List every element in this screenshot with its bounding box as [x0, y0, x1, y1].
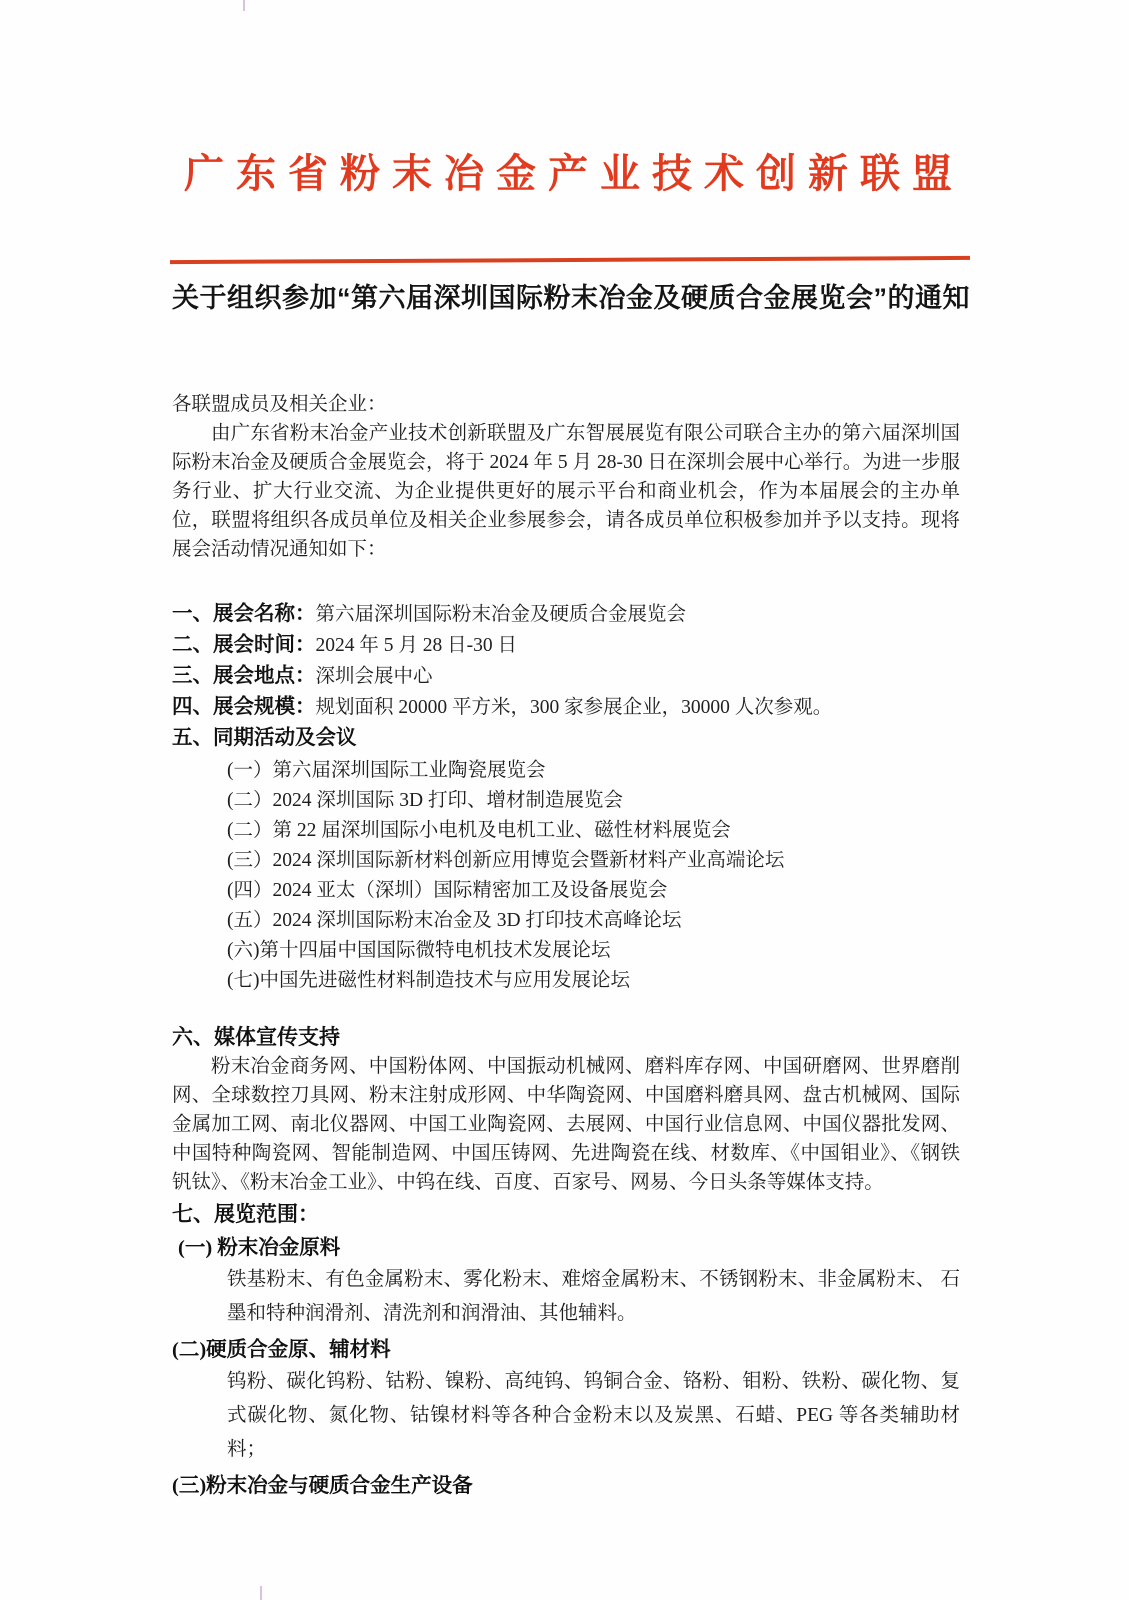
- event-item: (六)第十四届中国国际微特电机技术发展论坛: [227, 936, 960, 966]
- event-item: (四）2024 亚太（深圳）国际精密加工及设备展览会: [227, 876, 960, 906]
- event-item: (五）2024 深圳国际粉末冶金及 3D 打印技术高峰论坛: [227, 906, 960, 936]
- media-section-body: 粉末冶金商务网、中国粉体网、中国振动机械网、磨料库存网、中国研磨网、世界磨削网、…: [172, 1052, 960, 1197]
- header-rule: [170, 256, 970, 264]
- event-item: (二）2024 深圳国际 3D 打印、增材制造展览会: [227, 786, 960, 816]
- scope-section-heading: 七、展览范围：: [172, 1199, 960, 1229]
- info-list: 一、展会名称：第六届深圳国际粉末冶金及硬质合金展览会 二、展会时间：2024 年…: [172, 599, 960, 754]
- event-item: (七)中国先进磁性材料制造技术与应用发展论坛: [227, 966, 960, 996]
- info-item-label: 四、展会规模：: [172, 696, 316, 718]
- event-item: (一）第六届深圳国际工业陶瓷展览会: [227, 756, 960, 786]
- scope-group-label: (二)硬质合金原、辅材料: [172, 1335, 960, 1365]
- media-section-heading: 六、媒体宣传支持: [172, 1022, 960, 1052]
- info-item-concurrent: 五、同期活动及会议: [172, 723, 960, 754]
- intro-paragraph: 由广东省粉末冶金产业技术创新联盟及广东智展展览有限公司联合主办的第六届深圳国际粉…: [172, 419, 960, 564]
- info-item-name: 一、展会名称：第六届深圳国际粉末冶金及硬质合金展览会: [172, 599, 960, 630]
- salutation: 各联盟成员及相关企业：: [172, 390, 960, 419]
- document-page: 广东省粉末冶金产业技术创新联盟 关于组织参加“第六届深圳国际粉末冶金及硬质合金展…: [0, 0, 1129, 1600]
- info-item-value: 第六届深圳国际粉末冶金及硬质合金展览会: [316, 604, 687, 625]
- scope-group-label: (三)粉末冶金与硬质合金生产设备: [172, 1471, 960, 1501]
- doc-title: 关于组织参加“第六届深圳国际粉末冶金及硬质合金展览会”的通知: [172, 280, 960, 316]
- scope-group-production-equipment: (三)粉末冶金与硬质合金生产设备: [172, 1471, 960, 1501]
- scope-group-carbide-materials: (二)硬质合金原、辅材料 钨粉、碳化钨粉、钴粉、镍粉、高纯钨、钨铜合金、铬粉、钼…: [172, 1335, 960, 1467]
- scope-group-body: 铁基粉末、有色金属粉末、雾化粉末、难熔金属粉末、不锈钢粉末、非金属粉末、 石墨和…: [172, 1263, 960, 1331]
- scope-group-label: (一) 粉末冶金原料: [172, 1233, 960, 1263]
- event-item: (三）2024 深圳国际新材料创新应用博览会暨新材料产业高端论坛: [227, 846, 960, 876]
- info-item-time: 二、展会时间：2024 年 5 月 28 日-30 日: [172, 630, 960, 661]
- info-item-label: 五、同期活动及会议: [172, 727, 357, 749]
- scope-group-raw-materials: (一) 粉末冶金原料 铁基粉末、有色金属粉末、雾化粉末、难熔金属粉末、不锈钢粉末…: [172, 1233, 960, 1331]
- info-item-value: 深圳会展中心: [316, 666, 433, 687]
- org-title: 广东省粉末冶金产业技术创新联盟: [172, 150, 960, 198]
- info-item-value: 规划面积 20000 平方米，300 家参展企业，30000 人次参观。: [316, 697, 833, 718]
- info-item-value: 2024 年 5 月 28 日-30 日: [316, 635, 518, 656]
- event-item: (二）第 22 届深圳国际小电机及电机工业、磁性材料展览会: [227, 816, 960, 846]
- info-item-label: 二、展会时间：: [172, 634, 316, 656]
- scan-artifact-bottom: [260, 1586, 262, 1600]
- info-item-scale: 四、展会规模：规划面积 20000 平方米，300 家参展企业，30000 人次…: [172, 692, 960, 723]
- info-item-label: 一、展会名称：: [172, 603, 316, 625]
- document-content: 广东省粉末冶金产业技术创新联盟 关于组织参加“第六届深圳国际粉末冶金及硬质合金展…: [172, 0, 960, 1501]
- scope-group-body: 钨粉、碳化钨粉、钴粉、镍粉、高纯钨、钨铜合金、铬粉、钼粉、铁粉、碳化物、复式碳化…: [172, 1365, 960, 1467]
- concurrent-events-list: (一）第六届深圳国际工业陶瓷展览会 (二）2024 深圳国际 3D 打印、增材制…: [172, 756, 960, 996]
- info-item-label: 三、展会地点：: [172, 665, 316, 687]
- info-item-venue: 三、展会地点：深圳会展中心: [172, 661, 960, 692]
